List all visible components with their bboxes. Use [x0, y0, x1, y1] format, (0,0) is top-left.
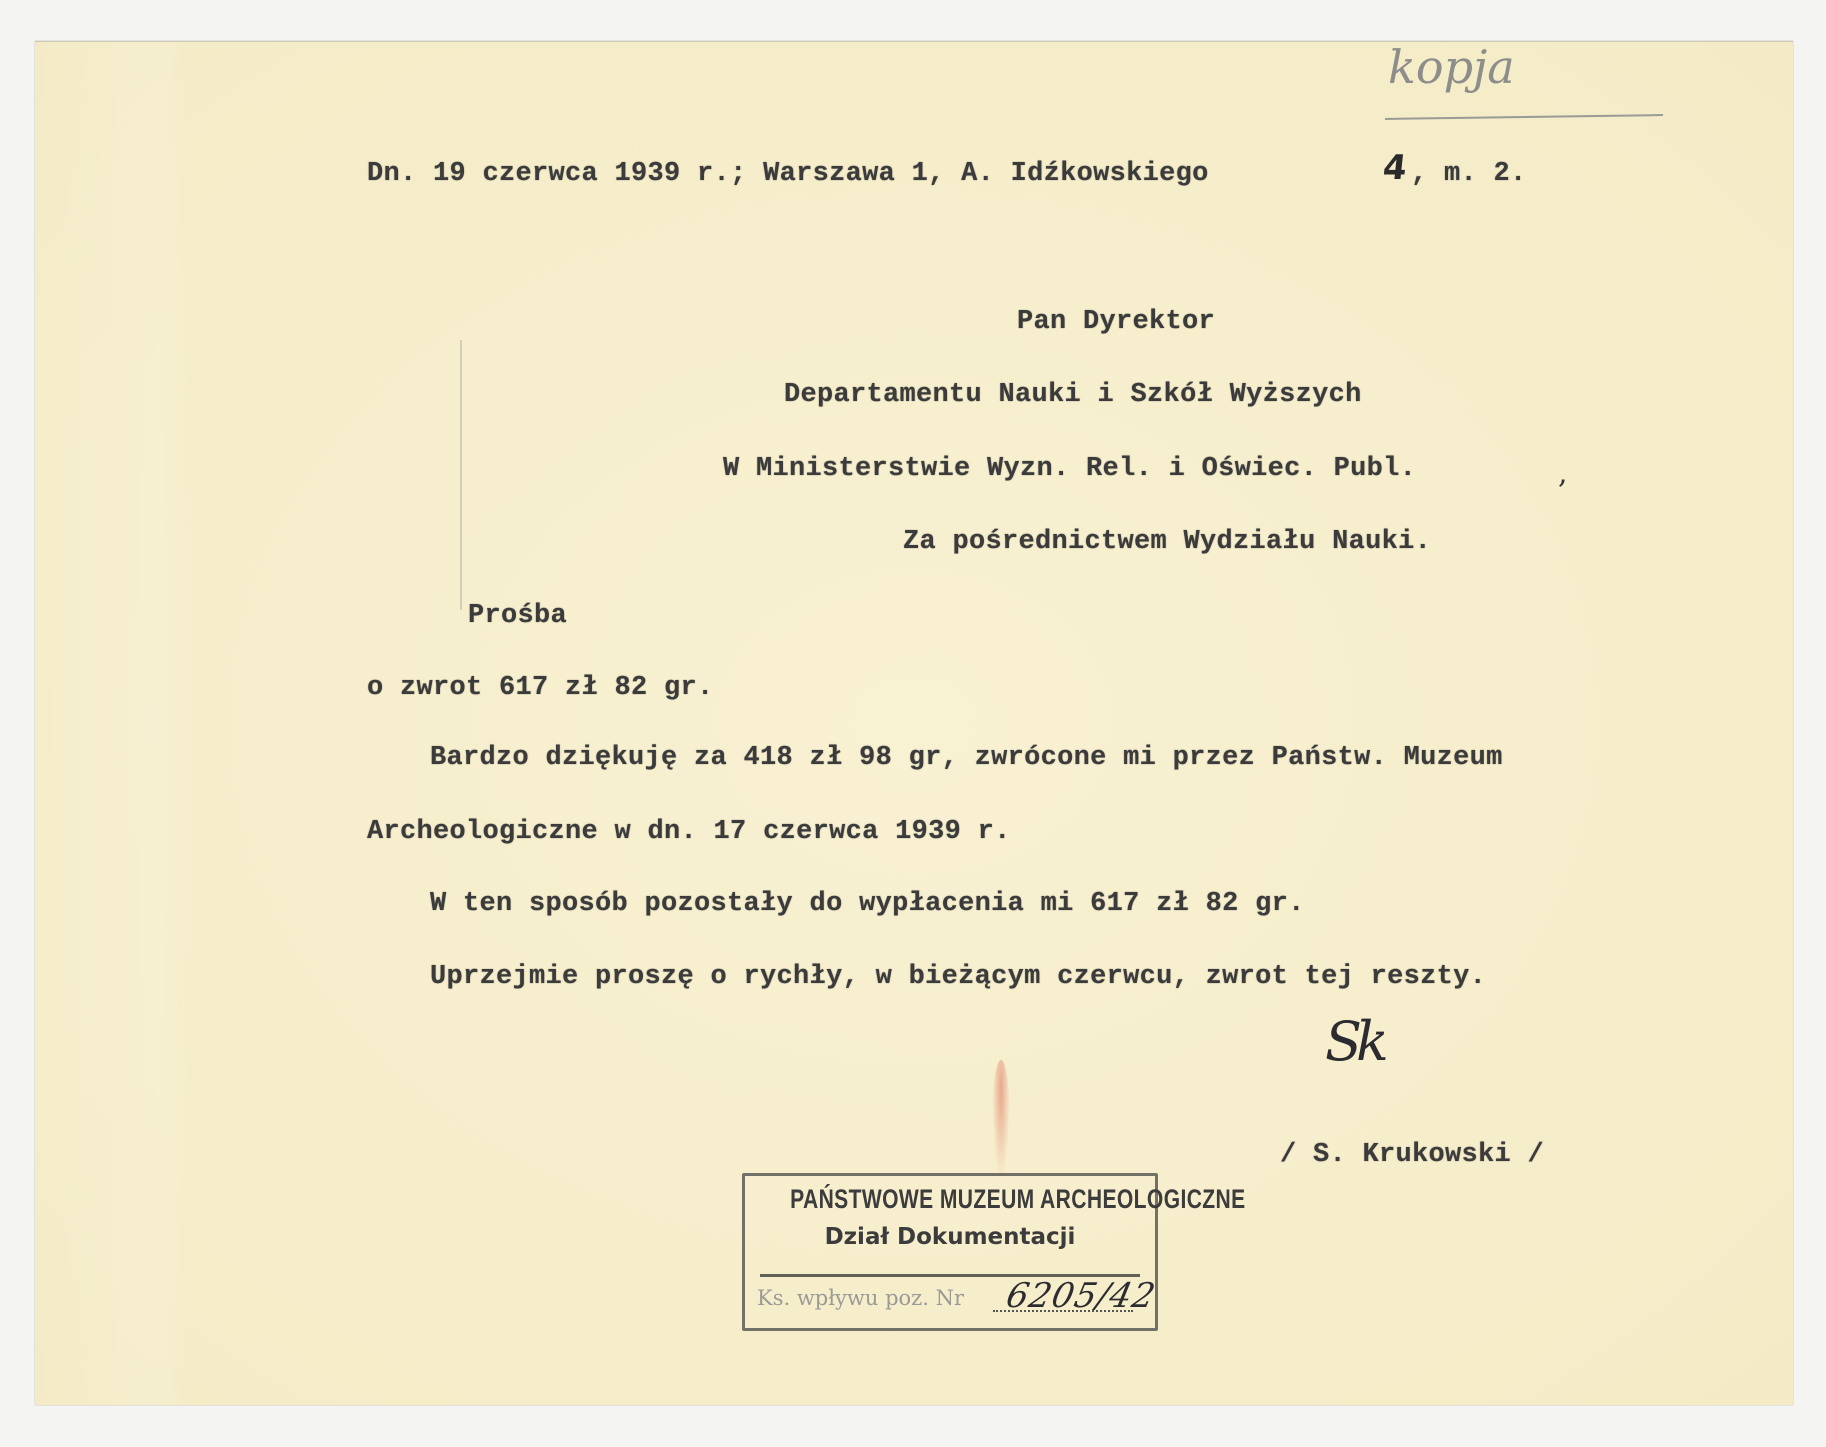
addressee-line-2: Departamentu Nauki i Szkół Wyższych — [784, 380, 1362, 410]
body-line-1: Bardzo dziękuję za 418 zł 98 gr, zwrócon… — [430, 743, 1503, 773]
typed-signature: / S. Krukowski / — [1280, 1140, 1544, 1170]
stamp-registry-label: Ks. wpływu poz. Nr — [757, 1286, 964, 1310]
pencil-annotation-kopja: kopja — [1388, 40, 1515, 94]
body-line-4: Uprzejmie proszę o rychły, w bieżącym cz… — [430, 962, 1486, 992]
stamp-department: Dział Dokumentacji — [745, 1224, 1155, 1250]
date-address-line-tail: , m. 2. — [1411, 159, 1527, 189]
stamp-registry-number: 6205/42 — [1003, 1276, 1160, 1316]
subject-heading: Prośba — [468, 601, 567, 631]
addressee-line-3: W Ministerstwie Wyzn. Rel. i Oświec. Pub… — [723, 454, 1416, 484]
addressee-line-1: Pan Dyrektor — [1017, 307, 1215, 337]
handwritten-signature: Sk — [1325, 1010, 1383, 1073]
addressee-line-4: Za pośrednictwem Wydziału Nauki. — [903, 527, 1431, 557]
archive-stamp: PAŃSTWOWE MUZEUM ARCHEOLOGICZNE Dział Do… — [742, 1173, 1158, 1331]
handwritten-comma: , — [1558, 456, 1568, 491]
body-line-2: Archeologiczne w dn. 17 czerwca 1939 r. — [367, 817, 1011, 847]
body-line-3: W ten sposób pozostały do wypłacenia mi … — [430, 889, 1305, 919]
handwritten-house-number-correction: 4 — [1381, 148, 1409, 188]
red-pencil-mark — [992, 1060, 1010, 1180]
subject-line: o zwrot 617 zł 82 gr. — [367, 673, 714, 703]
margin-mark — [460, 340, 462, 610]
date-address-line: Dn. 19 czerwca 1939 r.; Warszawa 1, A. I… — [367, 159, 1209, 189]
stamp-institution: PAŃSTWOWE MUZEUM ARCHEOLOGICZNE — [790, 1184, 1110, 1215]
